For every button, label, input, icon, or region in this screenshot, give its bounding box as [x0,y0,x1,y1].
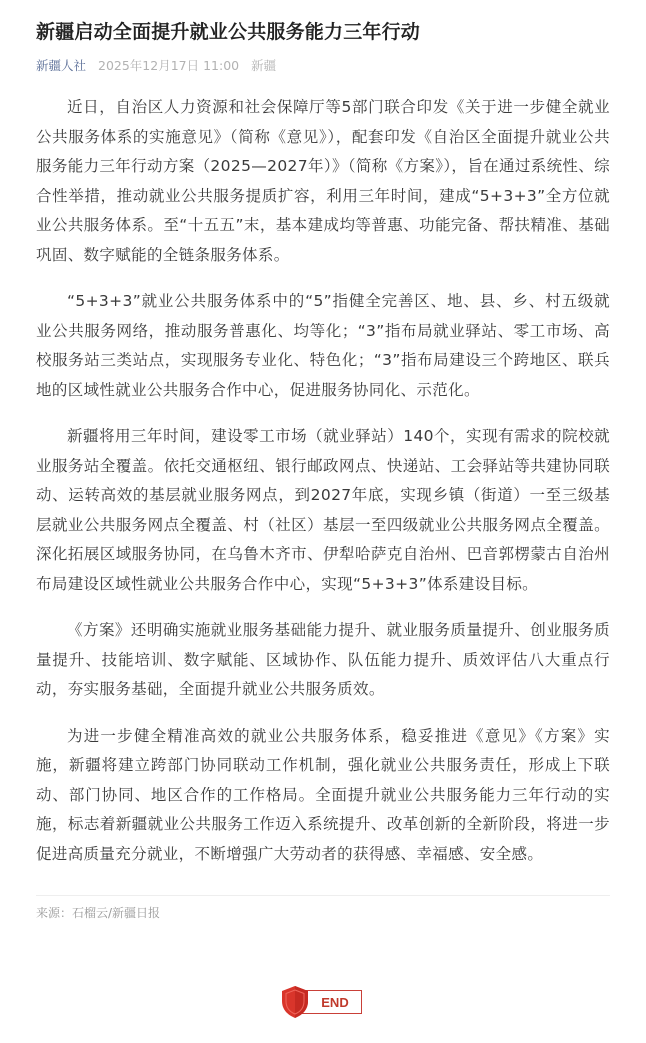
source-credit: 来源：石榴云/新疆日报 [36,905,610,921]
article-meta: 新疆人社 2025年12月17日 11:00 新疆 [36,57,610,75]
paragraph-5: 为进一步健全精准高效的就业公共服务体系，稳妥推进《意见》《方案》实施，新疆将建立… [36,722,610,870]
end-badge: END [280,985,364,1019]
paragraph-4: 《方案》还明确实施就业服务基础能力提升、就业服务质量提升、创业服务质量提升、技能… [36,616,610,705]
publish-location: 新疆 [251,58,276,73]
paragraph-2: “5+3+3”就业公共服务体系中的“5”指健全完善区、地、县、乡、村五级就业公共… [36,287,610,405]
shield-icon [280,985,310,1019]
author-link[interactable]: 新疆人社 [36,58,86,73]
article-title: 新疆启动全面提升就业公共服务能力三年行动 [36,0,610,45]
article-page: 新疆启动全面提升就业公共服务能力三年行动 新疆人社 2025年12月17日 11… [0,0,646,921]
paragraph-1: 近日，自治区人力资源和社会保障厅等5部门联合印发《关于进一步健全就业公共服务体系… [36,93,610,270]
article-body: 近日，自治区人力资源和社会保障厅等5部门联合印发《关于进一步健全就业公共服务体系… [36,93,610,869]
divider [36,895,610,896]
publish-datetime: 2025年12月17日 11:00 [98,58,239,73]
paragraph-3: 新疆将用三年时间，建设零工市场（就业驿站）140个，实现有需求的院校就业服务站全… [36,422,610,599]
